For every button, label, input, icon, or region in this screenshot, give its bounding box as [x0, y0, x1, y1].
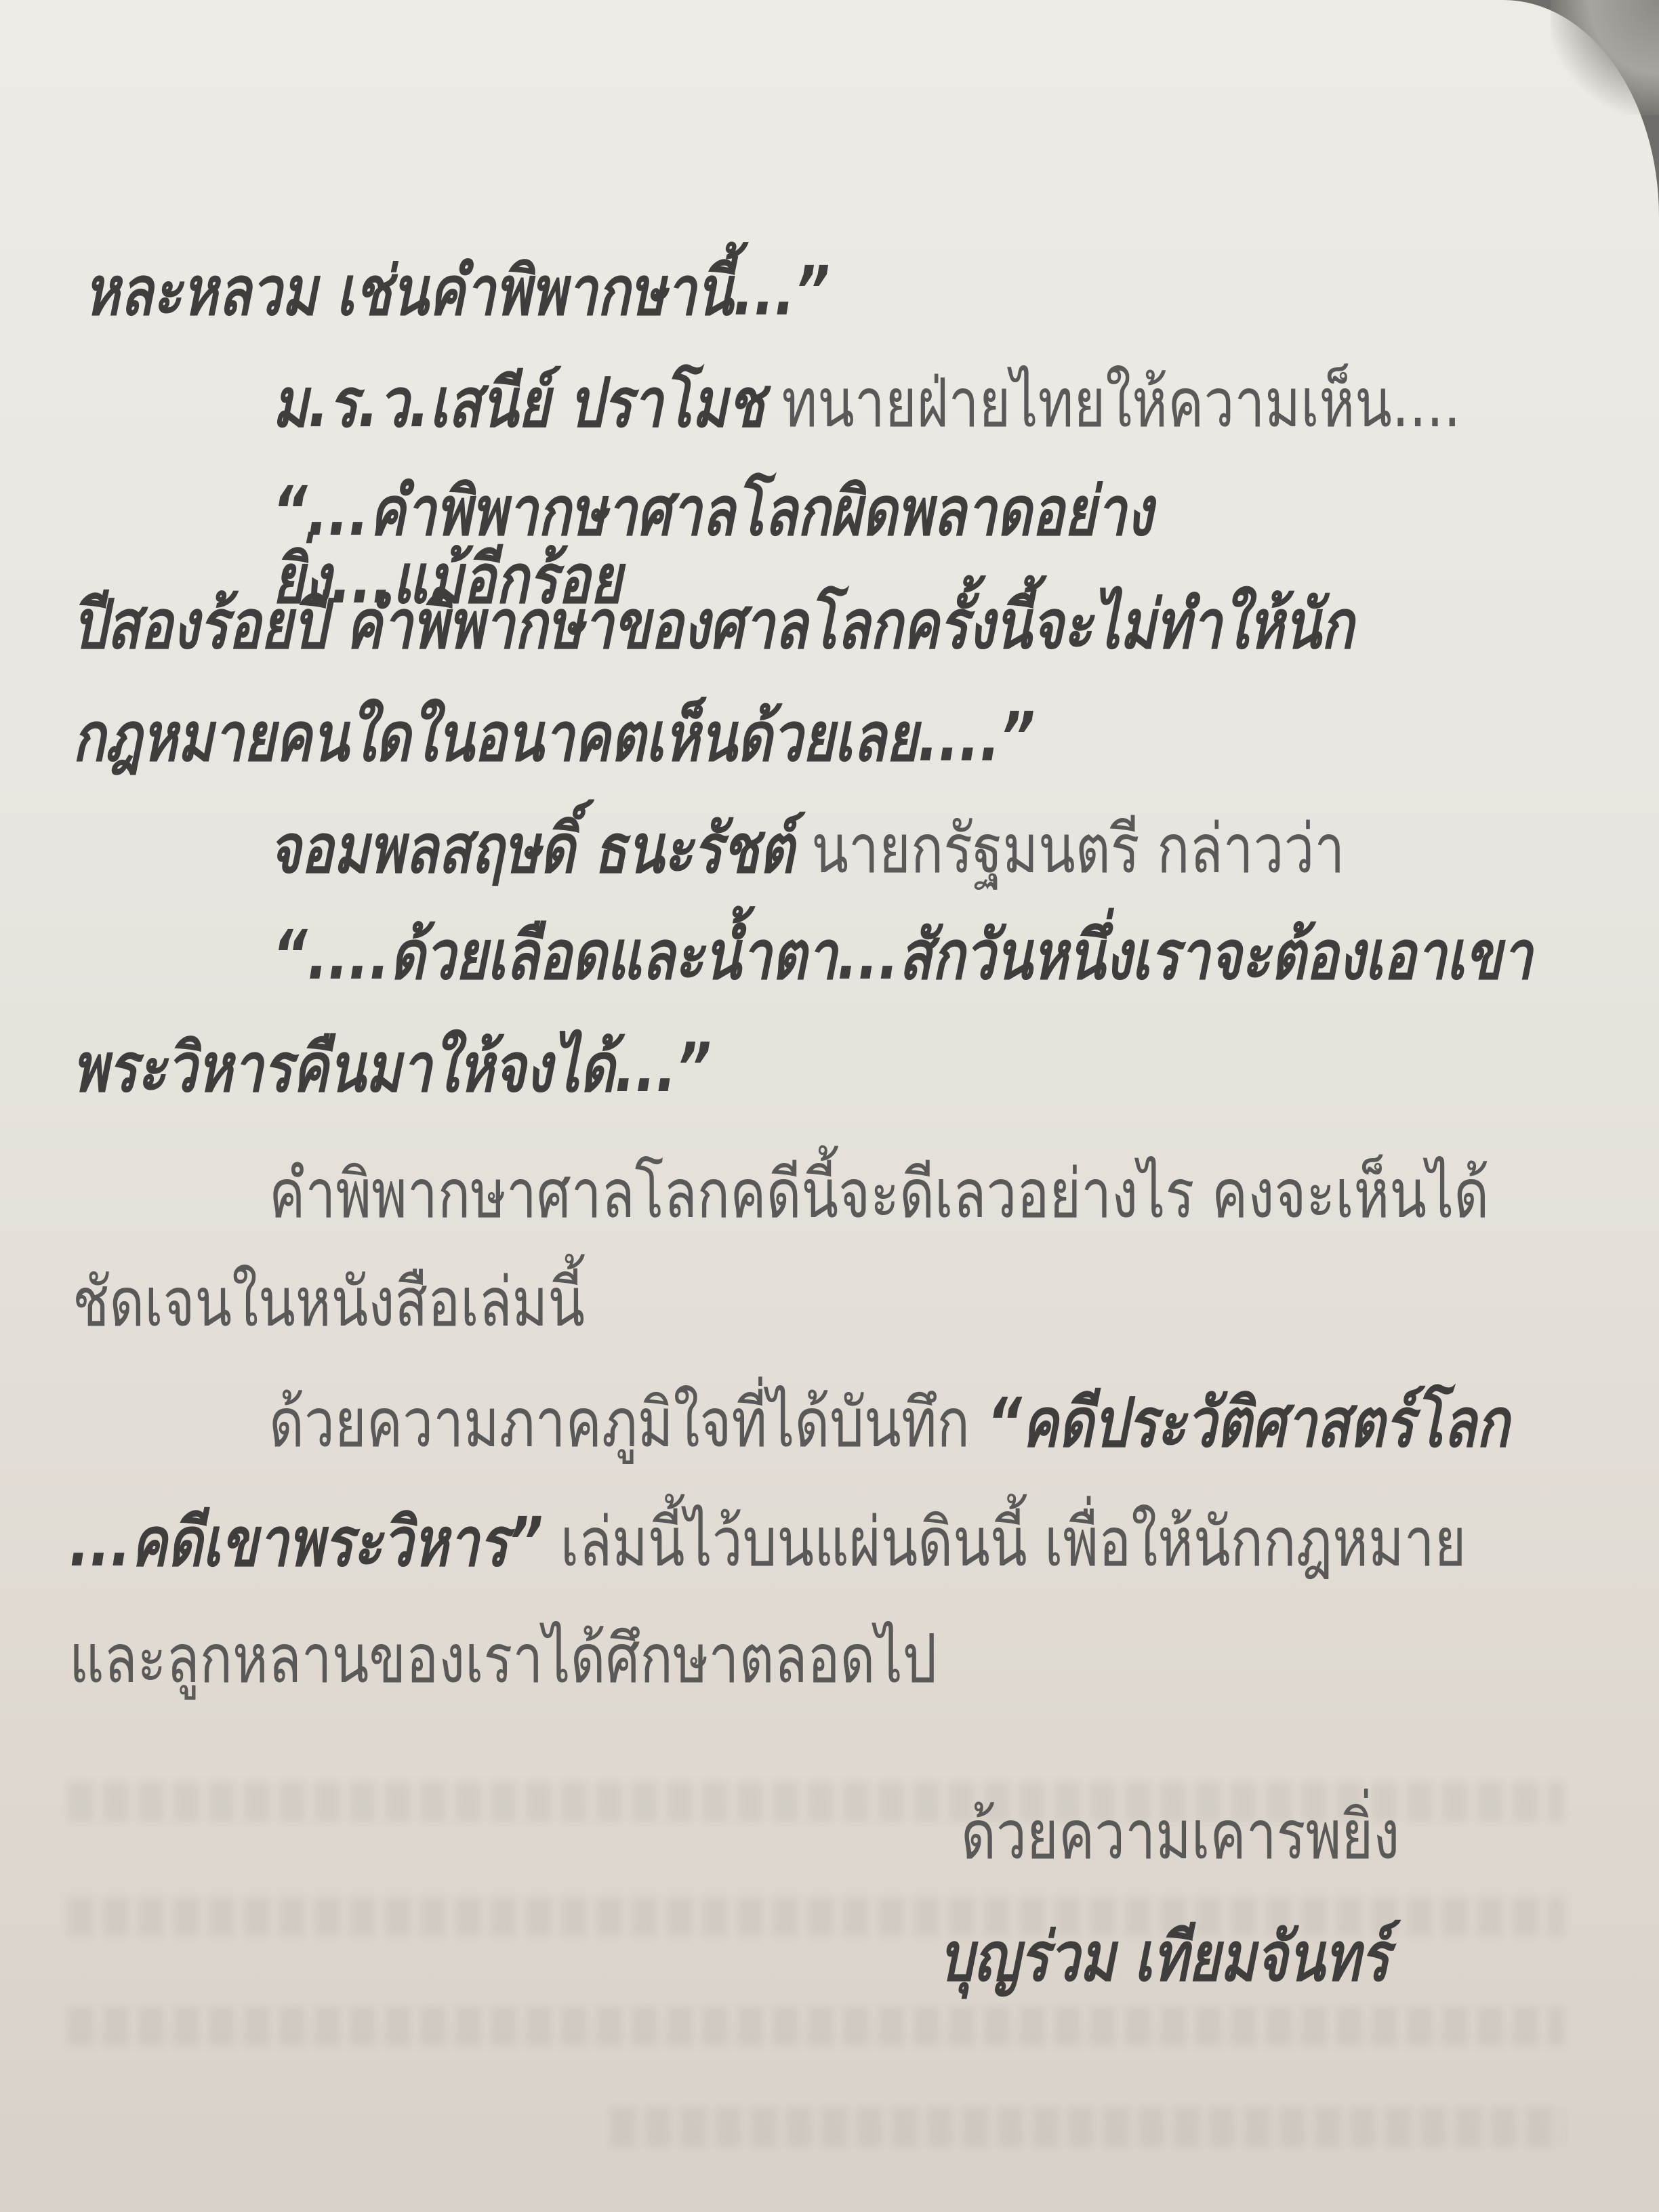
regular-text: ทนายฝ่ายไทยให้ความเห็น....: [764, 363, 1461, 443]
signature-closing: ด้วยความเคารพยิ่ง: [961, 1801, 1399, 1869]
bleed-through-text: [610, 2108, 1564, 2147]
text-line-9: คำพิพากษาศาลโลกคดีนี้จะดีเลวอย่างไร คงจะ…: [269, 1160, 1489, 1228]
quote-text: กฎหมายคนใดในอนาคตเห็นด้วยเลย....”: [73, 697, 1035, 777]
speaker-name: จอมพลสฤษดิ์ ธนะรัชต์: [269, 809, 794, 888]
author-name: บุญร่วม เทียมจันทร์: [939, 1917, 1389, 1996]
book-title: “คดีประวัติศาสตร์โลก: [987, 1383, 1509, 1462]
signature-author: บุญร่วม เทียมจันทร์: [939, 1923, 1389, 1991]
text-line-13: และลูกหลานของเราได้ศึกษาตลอดไป: [69, 1625, 937, 1693]
book-page: หละหลวม เช่นคำพิพากษานี้...” ม.ร.ว.เสนีย…: [0, 0, 1659, 2212]
text-line-5: กฎหมายคนใดในอนาคตเห็นด้วยเลย....”: [73, 703, 1035, 771]
text-line-11: ด้วยความภาคภูมิใจที่ได้บันทึก “คดีประวัต…: [269, 1389, 1509, 1457]
bold-text: หละหลวม เช่นคำพิพากษานี้...”: [84, 251, 830, 331]
bleed-through-text: [68, 2006, 1564, 2045]
regular-text: และลูกหลานของเราได้ศึกษาตลอดไป: [69, 1619, 937, 1698]
page-corner-shadow: [1551, 0, 1659, 115]
text-line-4: ปีสองร้อยปี คำพิพากษาของศาลโลกครั้งนี้จะ…: [73, 591, 1354, 659]
text-line-8: พระวิหารคืนมาให้จงได้...”: [73, 1034, 712, 1102]
quote-text: “....ด้วยเลือดและน้ำตา...สักวันหนึ่งเราจ…: [272, 916, 1532, 995]
regular-text: ด้วยความภาคภูมิใจที่ได้บันทึก: [269, 1383, 987, 1462]
text-line-10: ชัดเจนในหนังสือเล่มนี้: [73, 1269, 585, 1336]
quote-text: พระวิหารคืนมาให้จงได้...”: [73, 1028, 712, 1107]
text-line-12: ...คดีเขาพระวิหาร” เล่มนี้ไว้บนแผ่นดินนี…: [69, 1509, 1467, 1576]
regular-text: เล่มนี้ไว้บนแผ่นดินนี้ เพื่อให้นักกฎหมาย: [543, 1502, 1466, 1582]
speaker-name: ม.ร.ว.เสนีย์ ปราโมช: [272, 363, 764, 443]
text-line-2: ม.ร.ว.เสนีย์ ปราโมช ทนายฝ่ายไทยให้ความเห…: [272, 369, 1461, 437]
quote-text: ปีสองร้อยปี คำพิพากษาของศาลโลกครั้งนี้จะ…: [73, 585, 1354, 664]
text-line-6: จอมพลสฤษดิ์ ธนะรัชต์ นายกรัฐมนตรี กล่าวว…: [269, 815, 1345, 883]
book-title: ...คดีเขาพระวิหาร”: [69, 1502, 543, 1582]
text-line-7: “....ด้วยเลือดและน้ำตา...สักวันหนึ่งเราจ…: [272, 922, 1532, 989]
closing-text: ด้วยความเคารพยิ่ง: [961, 1795, 1399, 1875]
regular-text: คำพิพากษาศาลโลกคดีนี้จะดีเลวอย่างไร คงจะ…: [269, 1154, 1489, 1233]
regular-text: นายกรัฐมนตรี กล่าวว่า: [794, 809, 1345, 888]
text-line-1: หละหลวม เช่นคำพิพากษานี้...”: [84, 258, 830, 325]
regular-text: ชัดเจนในหนังสือเล่มนี้: [73, 1263, 585, 1342]
